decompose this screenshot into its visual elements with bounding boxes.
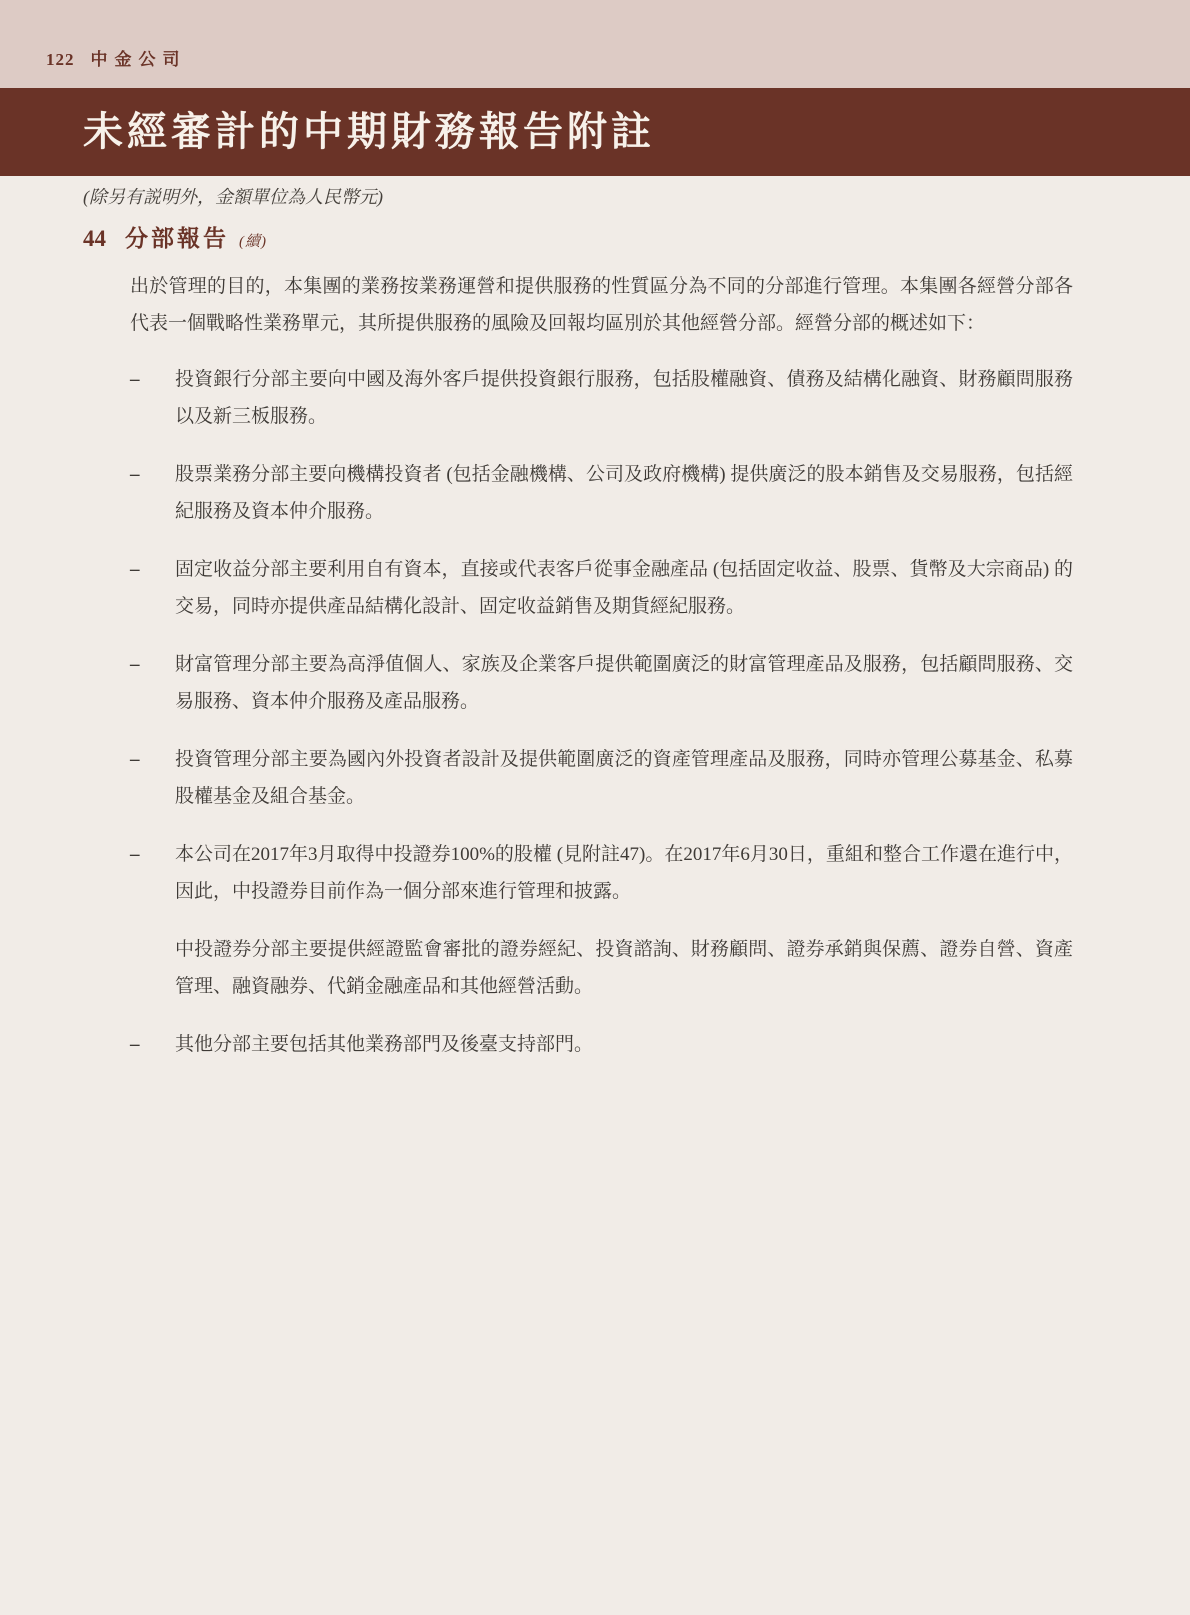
- bullet-item-fixed-income: – 固定收益分部主要利用自有資本，直接或代表客戶從事金融產品 (包括固定收益、股…: [130, 551, 1073, 625]
- company-name: 中金公司: [91, 45, 187, 70]
- bullet-item-investment-management: – 投資管理分部主要為國內外投資者設計及提供範圍廣泛的資產管理產品及服務，同時亦…: [130, 741, 1073, 815]
- section-title: 分部報告: [125, 226, 229, 251]
- bullet-dash: –: [130, 741, 175, 815]
- section-heading: 44分部報告(續): [83, 224, 1190, 257]
- report-title: 未經審計的中期財務報告附註: [83, 112, 655, 152]
- bullet-item-cisc-continued: 中投證券分部主要提供經證監會審批的證券經紀、投資諮詢、財務顧問、證券承銷與保薦、…: [130, 931, 1073, 1005]
- section-continued-label: (續): [239, 234, 267, 250]
- bullet-text: 投資管理分部主要為國內外投資者設計及提供範圍廣泛的資產管理產品及服務，同時亦管理…: [175, 741, 1073, 815]
- bullet-dash: –: [130, 1026, 175, 1063]
- bullet-text: 其他分部主要包括其他業務部門及後臺支持部門。: [175, 1026, 1073, 1063]
- intro-paragraph: 出於管理的目的，本集團的業務按業務運營和提供服務的性質區分為不同的分部進行管理。…: [130, 268, 1073, 342]
- bullet-dash: –: [130, 836, 175, 910]
- bullet-item-cisc: – 本公司在2017年3月取得中投證券100%的股權 (見附註47)。在2017…: [130, 836, 1073, 910]
- report-page: 122 中金公司 未經審計的中期財務報告附註 (除另有説明外，金額單位為人民幣元…: [0, 0, 1190, 1615]
- bullet-item-investment-banking: – 投資銀行分部主要向中國及海外客戶提供投資銀行服務，包括股權融資、債務及結構化…: [130, 361, 1073, 435]
- bullet-dash: –: [130, 456, 175, 530]
- section-body: 出於管理的目的，本集團的業務按業務運營和提供服務的性質區分為不同的分部進行管理。…: [0, 268, 1190, 1063]
- bullet-text: 中投證券分部主要提供經證監會審批的證券經紀、投資諮詢、財務顧問、證券承銷與保薦、…: [175, 931, 1073, 1005]
- section-number: 44: [83, 224, 125, 254]
- bullet-item-equities: – 股票業務分部主要向機構投資者 (包括金融機構、公司及政府機構) 提供廣泛的股…: [130, 456, 1073, 530]
- title-banner: 未經審計的中期財務報告附註: [0, 88, 1190, 176]
- bullet-dash: –: [130, 361, 175, 435]
- bullet-item-others: – 其他分部主要包括其他業務部門及後臺支持部門。: [130, 1026, 1073, 1063]
- bullet-dash: –: [130, 551, 175, 625]
- bullet-text: 財富管理分部主要為高淨值個人、家族及企業客戶提供範圍廣泛的財富管理產品及服務，包…: [175, 646, 1073, 720]
- page-header: 122 中金公司: [0, 0, 1190, 88]
- page-number: 122: [46, 50, 75, 70]
- bullet-text: 投資銀行分部主要向中國及海外客戶提供投資銀行服務，包括股權融資、債務及結構化融資…: [175, 361, 1073, 435]
- bullet-dash-empty: [130, 931, 175, 1005]
- bullet-text: 固定收益分部主要利用自有資本，直接或代表客戶從事金融產品 (包括固定收益、股票、…: [175, 551, 1073, 625]
- bullet-text: 股票業務分部主要向機構投資者 (包括金融機構、公司及政府機構) 提供廣泛的股本銷…: [175, 456, 1073, 530]
- bullet-item-wealth-management: – 財富管理分部主要為高淨值個人、家族及企業客戶提供範圍廣泛的財富管理產品及服務…: [130, 646, 1073, 720]
- currency-note: (除另有説明外，金額單位為人民幣元): [83, 184, 1190, 210]
- segment-bullet-list: – 投資銀行分部主要向中國及海外客戶提供投資銀行服務，包括股權融資、債務及結構化…: [130, 361, 1073, 1063]
- bullet-dash: –: [130, 646, 175, 720]
- bullet-text: 本公司在2017年3月取得中投證券100%的股權 (見附註47)。在2017年6…: [175, 836, 1073, 910]
